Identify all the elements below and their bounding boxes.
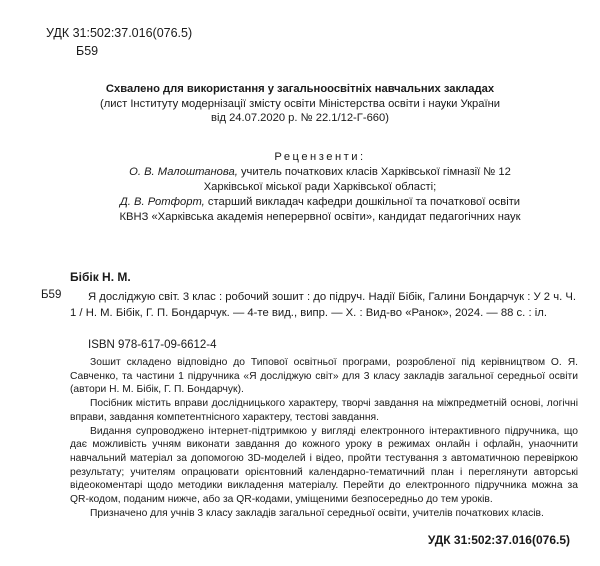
bibliography-entry: Я досліджую світ. 3 клас : робочий зошит… [70,289,582,321]
bibliography-text: Я досліджую світ. 3 клас : робочий зошит… [70,289,582,321]
annotation-paragraph: Посібник містить вправи дослідницького х… [70,397,578,424]
annotation-paragraph: Призначено для учнів 3 класу закладів за… [70,507,578,521]
reviewers-block: Рецензенти: О. В. Малоштанова, учитель п… [0,150,600,225]
reviewer-2-desc: старший викладач кафедри дошкільної та п… [205,196,520,208]
annotation-paragraph: Видання супроводжено інтернет-підтримкою… [70,425,578,507]
reviewer-1-desc: учитель початкових класів Харківської гі… [238,166,511,178]
approval-date: від 24.07.2020 р. № 22.1/12-Г-660) [0,111,600,126]
reviewer-1-org: Харківської міської ради Харківської обл… [0,180,600,195]
reviewer-1: О. В. Малоштанова, учитель початкових кл… [0,165,600,180]
udk-classification-bottom: УДК 31:502:37.016(076.5) [428,533,570,547]
isbn: ISBN 978-617-09-6612-4 [88,339,217,351]
approval-block: Схвалено для використання у загальноосві… [0,82,600,126]
reviewer-2-name: Д. В. Ротфорт, [120,196,205,208]
reviewers-heading: Рецензенти: [0,150,600,165]
annotation: Зошит складено відповідно до Типової осв… [70,356,578,520]
reviewer-2-org: КВНЗ «Харківська академія неперервної ос… [0,210,600,225]
reviewer-2: Д. В. Ротфорт, старший викладач кафедри … [0,195,600,210]
library-code-top: Б59 [76,44,98,58]
approval-title: Схвалено для використання у загальноосві… [0,82,600,97]
annotation-paragraph: Зошит складено відповідно до Типової осв… [70,356,578,397]
reviewer-1-name: О. В. Малоштанова, [129,166,238,178]
bibliography-code: Б59 [41,289,61,301]
udk-classification-top: УДК 31:502:37.016(076.5) [46,26,192,40]
bibliography-author: Бібік Н. М. [70,270,131,284]
approval-letter: (лист Інституту модернізації змісту осві… [0,97,600,112]
